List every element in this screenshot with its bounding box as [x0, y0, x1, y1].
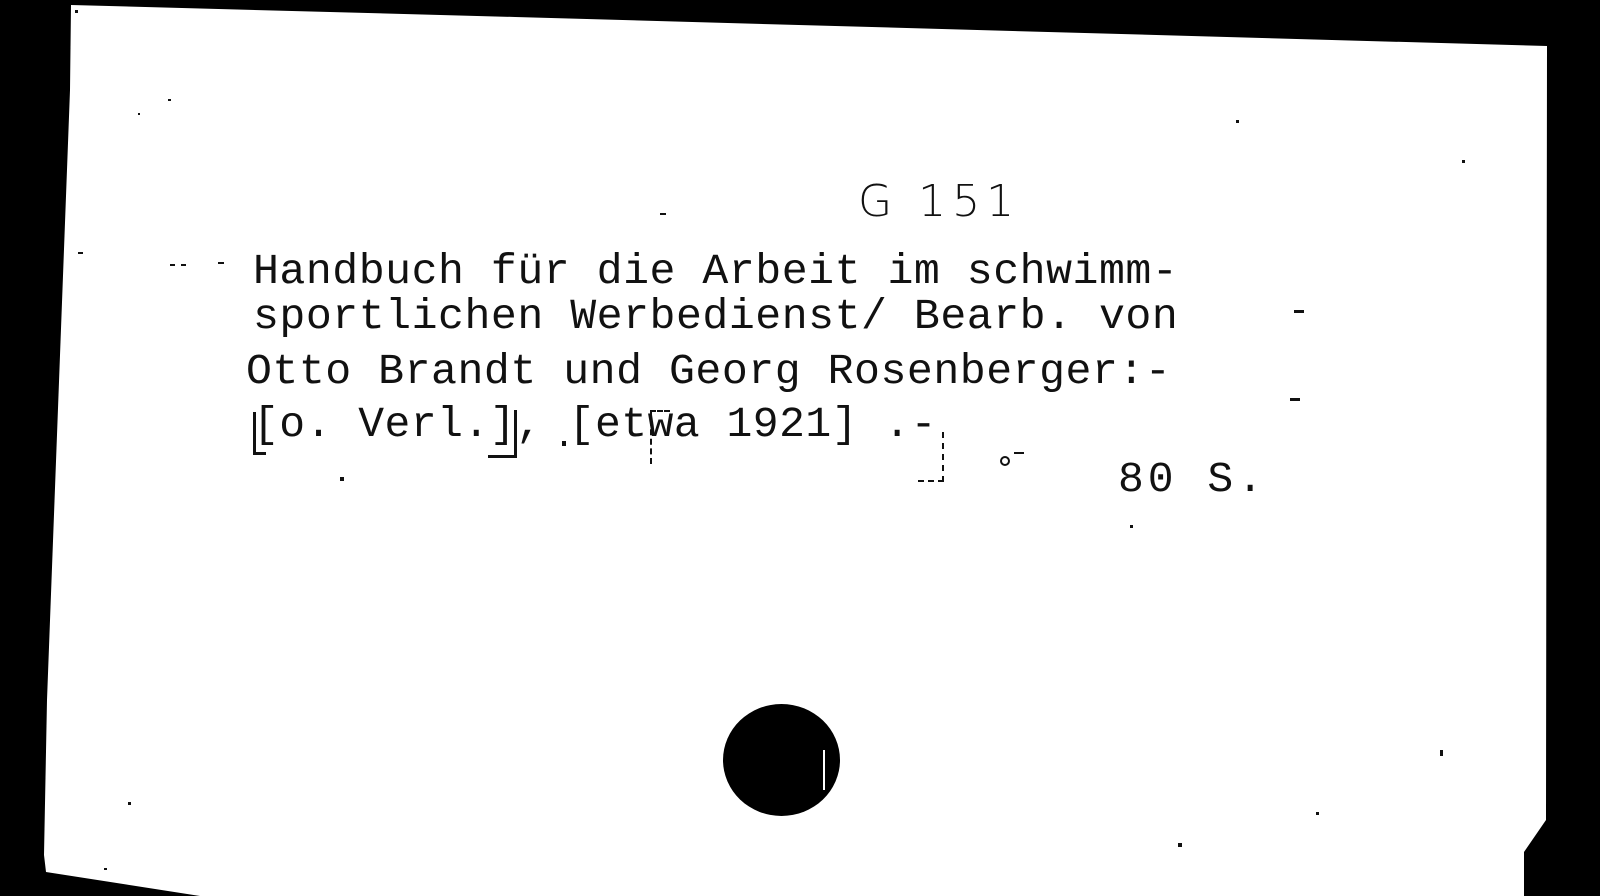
scan-speck [78, 252, 83, 254]
call-number: G 151 [858, 176, 1020, 227]
scan-speck [128, 802, 131, 805]
scan-speck [1000, 456, 1010, 466]
scan-speck [1014, 452, 1024, 454]
scan-speck [75, 10, 78, 13]
scan-speck [1462, 160, 1465, 163]
scan-speck [1316, 812, 1319, 815]
scan-speck [170, 264, 175, 266]
scan-speck [806, 5, 808, 21]
scan-speck [1294, 310, 1304, 313]
scan-speck [218, 262, 224, 264]
scan-speck [1290, 398, 1300, 401]
bracket-mark [650, 410, 670, 464]
bracket-mark [488, 410, 517, 458]
punch-hole-glint [823, 750, 825, 790]
entry-line-imprint: [o. Verl.], [etwa 1921] .- [253, 403, 937, 447]
scan-speck [181, 264, 186, 266]
scan-speck [1178, 843, 1182, 847]
scan-speck [1440, 750, 1443, 756]
bracket-mark [253, 412, 266, 455]
scan-background: G 151 Handbuch für die Arbeit im schwimm… [0, 0, 1600, 896]
bracket-mark [918, 432, 944, 482]
scan-speck [660, 213, 666, 215]
scan-speck [562, 441, 566, 446]
scan-speck [138, 113, 140, 115]
catalog-card: G 151 Handbuch für die Arbeit im schwimm… [0, 0, 1600, 896]
scan-speck [168, 99, 171, 101]
entry-line-authors: Otto Brandt und Georg Rosenberger:- [246, 350, 1171, 394]
scan-speck [340, 477, 344, 481]
pagination: 80 S. [1118, 455, 1267, 504]
entry-line-title: Handbuch für die Arbeit im schwimm- [253, 250, 1178, 294]
scan-speck [1130, 525, 1133, 528]
scan-speck [1236, 120, 1239, 123]
scan-speck [104, 868, 107, 870]
entry-line-title-cont: sportlichen Werbedienst/ Bearb. von [253, 295, 1178, 339]
